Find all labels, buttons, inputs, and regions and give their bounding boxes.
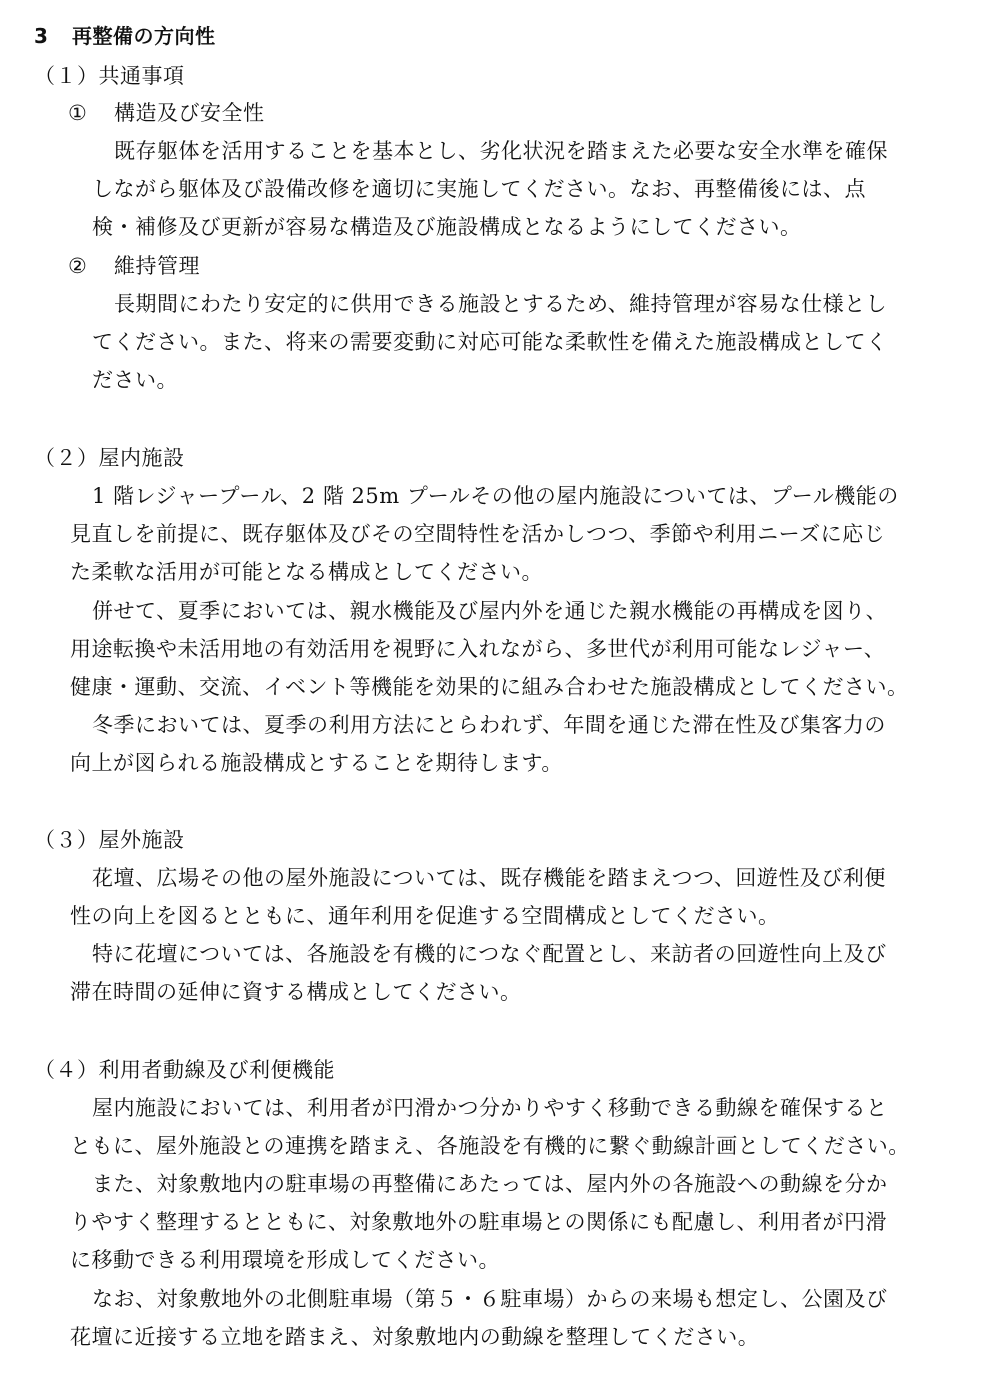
subsection-title: 維持管理 — [114, 254, 200, 278]
chapter-title: 再整備の方向性 — [72, 24, 216, 48]
paragraph-line: 1 階レジャープール、2 階 25m プールその他の屋内施設については、プール機… — [92, 482, 899, 510]
paragraph-line: 特に花壇については、各施設を有機的につなぐ配置とし、来訪者の回遊性向上及び — [92, 940, 887, 968]
subsection-heading-structure: ①構造及び安全性 — [68, 99, 265, 127]
paragraph-line: ともに、屋外施設との連携を踏まえ、各施設を有機的に繋ぐ動線計画としてください。 — [70, 1132, 910, 1160]
paragraph-line: 屋内施設においては、利用者が円滑かつ分かりやすく移動できる動線を確保すると — [92, 1094, 888, 1122]
paragraph-line: なお、対象敷地外の北側駐車場（第５・６駐車場）からの来場も想定し、公園及び — [92, 1285, 888, 1313]
paragraph-line: 用途転換や未活用地の有効活用を視野に入れながら、多世代が利用可能なレジャー、 — [70, 635, 885, 663]
chapter-number: 3 — [34, 22, 72, 50]
paragraph-line: た柔軟な活用が可能となる構成としてください。 — [70, 558, 543, 586]
paragraph-line: 向上が図られる施設構成とすることを期待します。 — [70, 749, 563, 777]
section-heading-outdoor: （３）屋外施設 — [34, 826, 185, 854]
paragraph-line: 既存躯体を活用することを基本とし、劣化状況を踏まえた必要な安全水準を確保 — [114, 137, 888, 165]
circled-number-1: ① — [68, 99, 114, 127]
paragraph-line: 長期間にわたり安定的に供用できる施設とするため、維持管理が容易な仕様とし — [114, 290, 887, 318]
paragraph-line: しながら躯体及び設備改修を適切に実施してください。なお、再整備後には、点 — [92, 175, 866, 203]
circled-number-2: ② — [68, 252, 114, 280]
paragraph-line: に移動できる利用環境を形成してください。 — [70, 1246, 500, 1274]
paragraph-line: てください。また、将来の需要変動に対応可能な柔軟性を備えた施設構成としてく — [92, 328, 888, 356]
paragraph-line: 冬季においては、夏季の利用方法にとらわれず、年間を通じた滞在性及び集客力の — [92, 711, 886, 739]
paragraph-line: 滞在時間の延伸に資する構成としてください。 — [70, 978, 522, 1006]
section-heading-indoor: （２）屋内施設 — [34, 444, 185, 472]
section-heading-circulation: （４）利用者動線及び利便機能 — [34, 1056, 335, 1084]
paragraph-line: また、対象敷地内の駐車場の再整備にあたっては、屋内外の各施設への動線を分か — [92, 1170, 888, 1198]
chapter-heading: 3再整備の方向性 — [34, 22, 216, 50]
paragraph-line: 検・補修及び更新が容易な構造及び施設構成となるようにしてください。 — [92, 213, 802, 241]
section-heading-common: （１）共通事項 — [34, 62, 185, 90]
paragraph-line: 併せて、夏季においては、親水機能及び屋内外を通じた親水機能の再構成を図り、 — [92, 597, 887, 625]
paragraph-line: 見直しを前提に、既存躯体及びその空間特性を活かしつつ、季節や利用ニーズに応じ — [70, 520, 885, 548]
paragraph-line: 花壇、広場その他の屋外施設については、既存機能を踏まえつつ、回遊性及び利便 — [92, 864, 886, 892]
paragraph-line: ださい。 — [92, 366, 178, 394]
subsection-heading-maintenance: ②維持管理 — [68, 252, 200, 280]
paragraph-line: 性の向上を図るとともに、通年利用を促進する空間構成としてください。 — [70, 902, 780, 930]
paragraph-line: 健康・運動、交流、イベント等機能を効果的に組み合わせた施設構成としてください。 — [70, 673, 909, 701]
paragraph-line: りやすく整理するとともに、対象敷地外の駐車場との関係にも配慮し、利用者が円滑 — [70, 1208, 887, 1236]
paragraph-line: 花壇に近接する立地を踏まえ、対象敷地内の動線を整理してください。 — [70, 1323, 759, 1351]
subsection-title: 構造及び安全性 — [114, 101, 265, 125]
